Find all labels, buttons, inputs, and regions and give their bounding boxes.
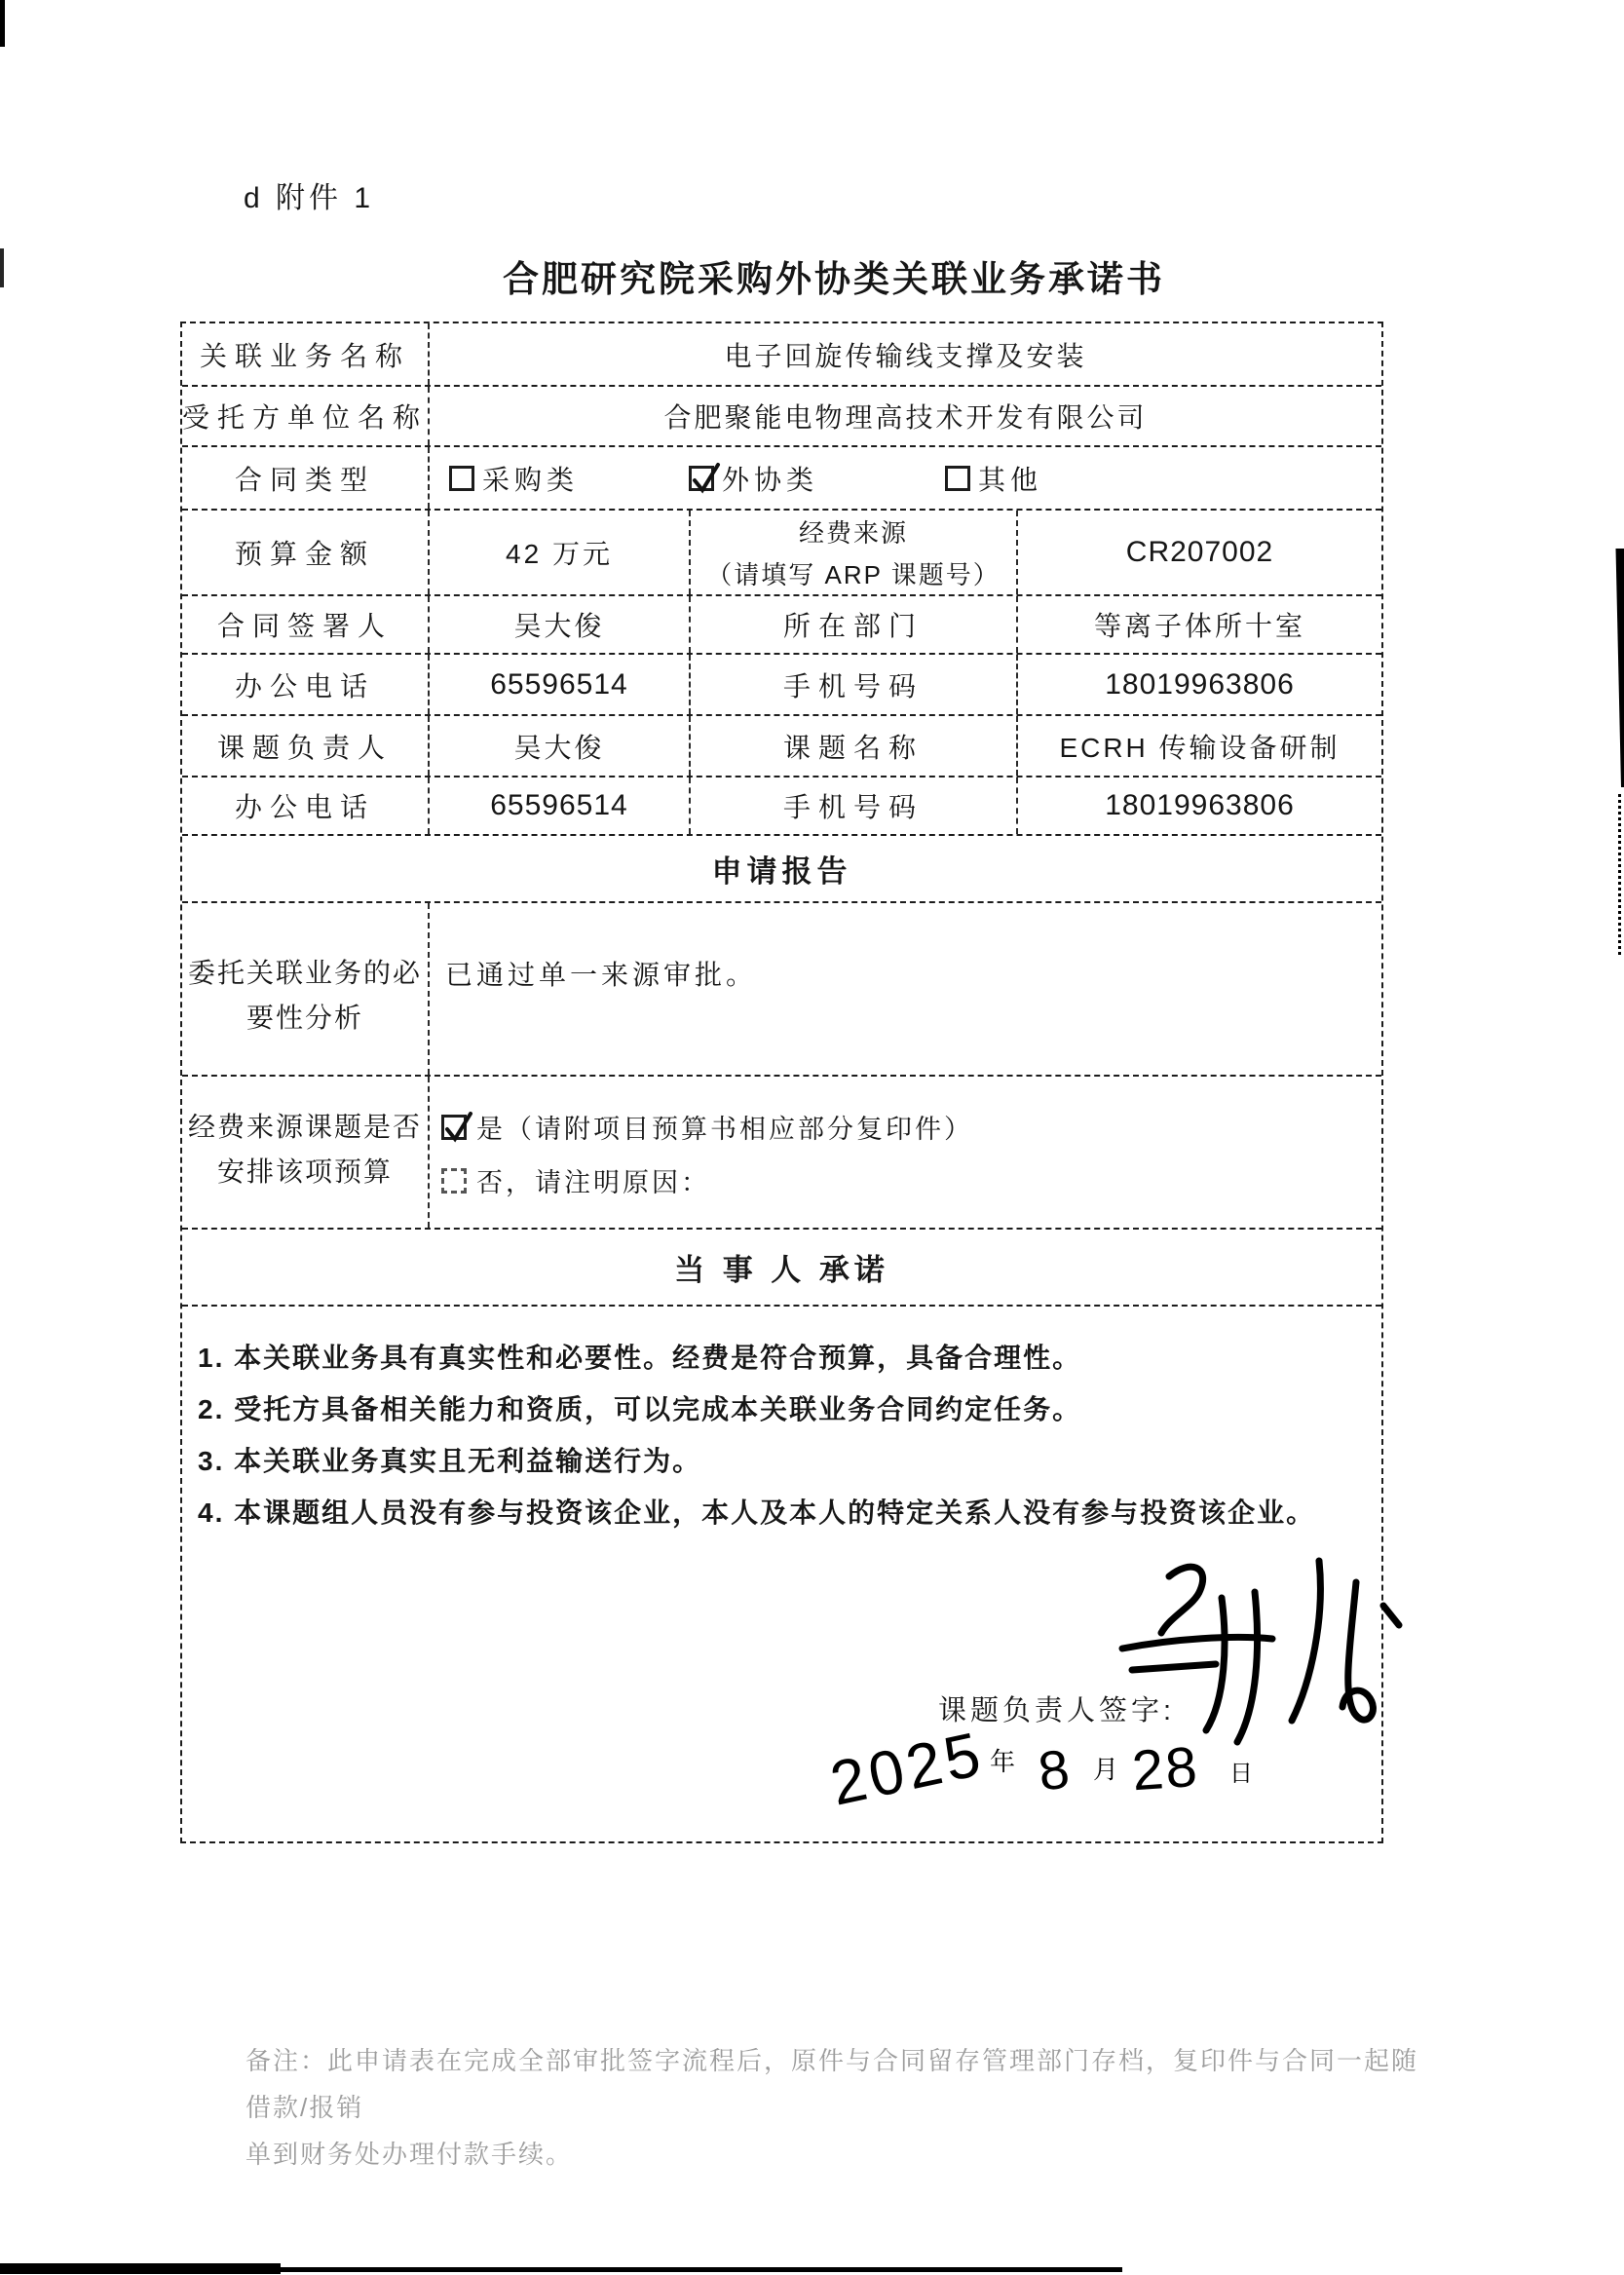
row-business-name: 关联业务名称 电子回旋传输线支撑及安装 [182, 323, 1381, 387]
funding-source-line1: 经费来源 [706, 513, 1000, 550]
signer-label: 合同签署人 [182, 596, 428, 653]
commitment-title: 当 事 人 承诺 [182, 1230, 1381, 1305]
check-mark-icon [690, 461, 723, 498]
pi-label: 课题负责人 [182, 716, 428, 776]
scan-artifact-right-dots [1618, 794, 1621, 955]
row-commitment-header: 当 事 人 承诺 [182, 1230, 1381, 1307]
office-phone-2-label: 办公电话 [182, 777, 428, 834]
day-unit-label: 日 [1229, 1754, 1253, 1788]
option-purchase-label: 采购类 [482, 459, 579, 498]
necessity-label: 委托关联业务的必 要性分析 [182, 903, 428, 1075]
row-necessity: 委托关联业务的必 要性分析 已通过单一来源审批。 [182, 903, 1381, 1077]
signature-handwriting [1118, 1555, 1411, 1764]
row-contract-type: 合同类型 采购类 外协类 [182, 447, 1381, 511]
department-value: 等离子体所十室 [1016, 596, 1381, 653]
row-office-phone-1: 办公电话 65596514 手机号码 18019963806 [182, 655, 1381, 716]
contract-type-options: 采购类 外协类 其他 [428, 447, 1381, 509]
entrusted-unit-label: 受托方单位名称 [182, 387, 428, 445]
office-phone-2-value: 65596514 [428, 777, 689, 834]
mobile-1-label: 手机号码 [689, 655, 1016, 714]
necessity-label-line1: 委托关联业务的必 [182, 952, 428, 991]
business-name-value: 电子回旋传输线支撑及安装 [428, 323, 1381, 385]
office-phone-1-value: 65596514 [428, 655, 689, 714]
funding-source-line2: （请填写 ARP 课题号） [706, 555, 1000, 591]
checkbox-outsourcing[interactable] [689, 466, 714, 491]
handwritten-day: 28 [1130, 1734, 1201, 1804]
budget-no-option: 否，请注明原因： [441, 1161, 710, 1199]
budget-yes-label: 是（请附项目预算书相应部分复印件） [476, 1108, 973, 1146]
project-name-label: 课题名称 [689, 716, 1016, 776]
signer-value: 吴大俊 [428, 596, 689, 653]
scan-artifact-left-top [0, 0, 5, 47]
contract-type-label: 合同类型 [182, 447, 428, 509]
commitment-item-4: 4. 本课题组人员没有参与投资该企业，本人及本人的特定关系人没有参与投资该企业。 [198, 1487, 1366, 1538]
application-report-title: 申请报告 [182, 836, 1381, 901]
pi-value: 吴大俊 [428, 716, 689, 776]
option-outsourcing-label: 外协类 [722, 459, 818, 498]
budget-arranged-label-line2: 安排该项预算 [182, 1151, 428, 1190]
row-entrusted-unit: 受托方单位名称 合肥聚能电物理高技术开发有限公司 [182, 387, 1381, 447]
budget-no-label: 否，请注明原因： [476, 1161, 710, 1199]
row-application-report-header: 申请报告 [182, 836, 1381, 903]
attachment-label: d 附件 1 [244, 173, 374, 216]
checkbox-yes[interactable] [441, 1115, 467, 1140]
document-title: 合肥研究院采购外协类关联业务承诺书 [503, 249, 1165, 302]
mobile-2-label: 手机号码 [689, 777, 1016, 834]
row-budget-arranged: 经费来源课题是否 安排该项预算 是（请附项目预算书相应部分复印件） 否，请注明原… [182, 1077, 1381, 1230]
row-budget: 预算金额 42 万元 经费来源 （请填写 ARP 课题号） CR207002 [182, 511, 1381, 596]
month-unit-label: 月 [1093, 1750, 1118, 1786]
necessity-value: 已通过单一来源审批。 [428, 903, 1381, 1075]
mobile-1-value: 18019963806 [1016, 655, 1381, 714]
necessity-label-line2: 要性分析 [182, 997, 428, 1036]
funding-source-label: 经费来源 （请填写 ARP 课题号） [689, 511, 1016, 594]
footnote-line1: 备注：此申请表在完成全部审批签字流程后，原件与合同留存管理部门存档，复印件与合同… [245, 2037, 1424, 2131]
option-other-label: 其他 [978, 459, 1042, 498]
row-office-phone-2: 办公电话 65596514 手机号码 18019963806 [182, 777, 1381, 836]
option-outsourcing: 外协类 [689, 459, 818, 498]
commitment-item-2: 2. 受托方具备相关能力和资质，可以完成本关联业务合同约定任务。 [198, 1384, 1366, 1435]
scan-artifact-bottom-thick [0, 2263, 281, 2274]
row-signer: 合同签署人 吴大俊 所在部门 等离子体所十室 [182, 596, 1381, 655]
footnote-line2: 单到财务处办理付款手续。 [245, 2131, 1424, 2178]
project-name-value: ECRH 传输设备研制 [1016, 716, 1381, 776]
footnote: 备注：此申请表在完成全部审批签字流程后，原件与合同留存管理部门存档，复印件与合同… [245, 2037, 1424, 2178]
option-other: 其他 [945, 459, 1042, 498]
scan-artifact-right-edge [1614, 549, 1624, 787]
mobile-2-value: 18019963806 [1016, 777, 1381, 834]
scan-artifact-left-mid [0, 248, 4, 287]
entrusted-unit-value: 合肥聚能电物理高技术开发有限公司 [428, 387, 1381, 445]
office-phone-1-label: 办公电话 [182, 655, 428, 714]
commitment-item-1: 1. 本关联业务具有真实性和必要性。经费是符合预算，具备合理性。 [198, 1332, 1366, 1384]
scanned-document-page: d 附件 1 合肥研究院采购外协类关联业务承诺书 关联业务名称 电子回旋传输线支… [0, 0, 1624, 2275]
checkbox-purchase[interactable] [449, 466, 474, 491]
budget-arranged-options: 是（请附项目预算书相应部分复印件） 否，请注明原因： [428, 1077, 1381, 1228]
checkbox-other[interactable] [945, 466, 970, 491]
row-pi: 课题负责人 吴大俊 课题名称 ECRH 传输设备研制 [182, 716, 1381, 777]
budget-label: 预算金额 [182, 511, 428, 594]
budget-value: 42 万元 [428, 511, 689, 594]
commitment-item-3: 3. 本关联业务真实且无利益输送行为。 [198, 1435, 1366, 1487]
year-unit-label: 年 [990, 1742, 1015, 1778]
check-mark-icon [442, 1110, 475, 1147]
budget-arranged-label-line1: 经费来源课题是否 [182, 1106, 428, 1145]
option-purchase: 采购类 [449, 459, 579, 498]
department-label: 所在部门 [689, 596, 1016, 653]
arp-number-value: CR207002 [1016, 511, 1381, 594]
business-name-label: 关联业务名称 [182, 323, 428, 385]
budget-arranged-label: 经费来源课题是否 安排该项预算 [182, 1077, 428, 1228]
budget-yes-option: 是（请附项目预算书相应部分复印件） [441, 1108, 973, 1146]
checkbox-no[interactable] [441, 1168, 467, 1194]
